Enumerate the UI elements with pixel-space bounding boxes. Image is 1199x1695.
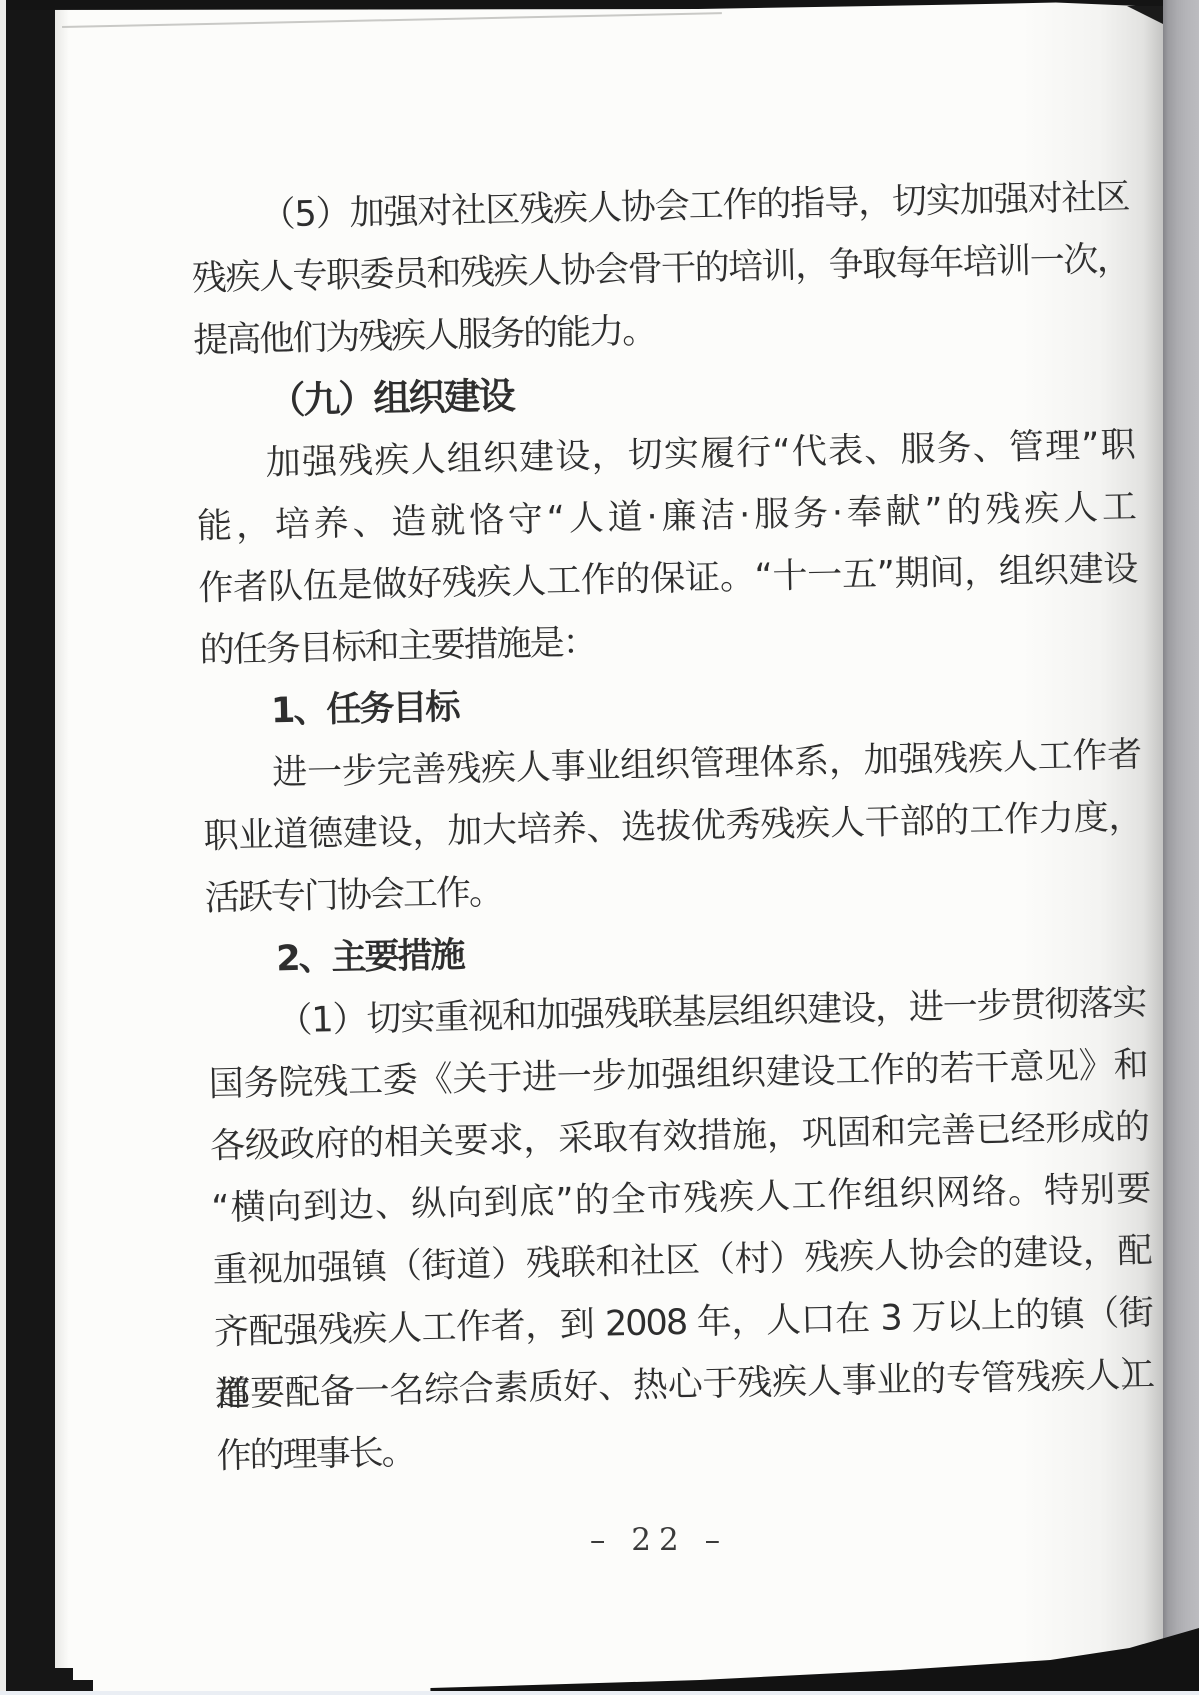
document-text: （5）加强对社区残疾人协会工作的指导，切实加强对社区残疾人专职委员和残疾人协会骨… [190,166,1155,1487]
page-left-edge-highlight [55,0,69,1695]
book-page-stack-edge [1163,0,1199,1695]
scan-left-border [6,0,55,1695]
page-top-edge-line [62,12,722,28]
page-number: – 22 – [190,1522,1128,1558]
scanned-document-page: （5）加强对社区残疾人协会工作的指导，切实加强对社区残疾人专职委员和残疾人协会骨… [0,0,1199,1695]
scan-bottom-strip [0,1691,1199,1695]
